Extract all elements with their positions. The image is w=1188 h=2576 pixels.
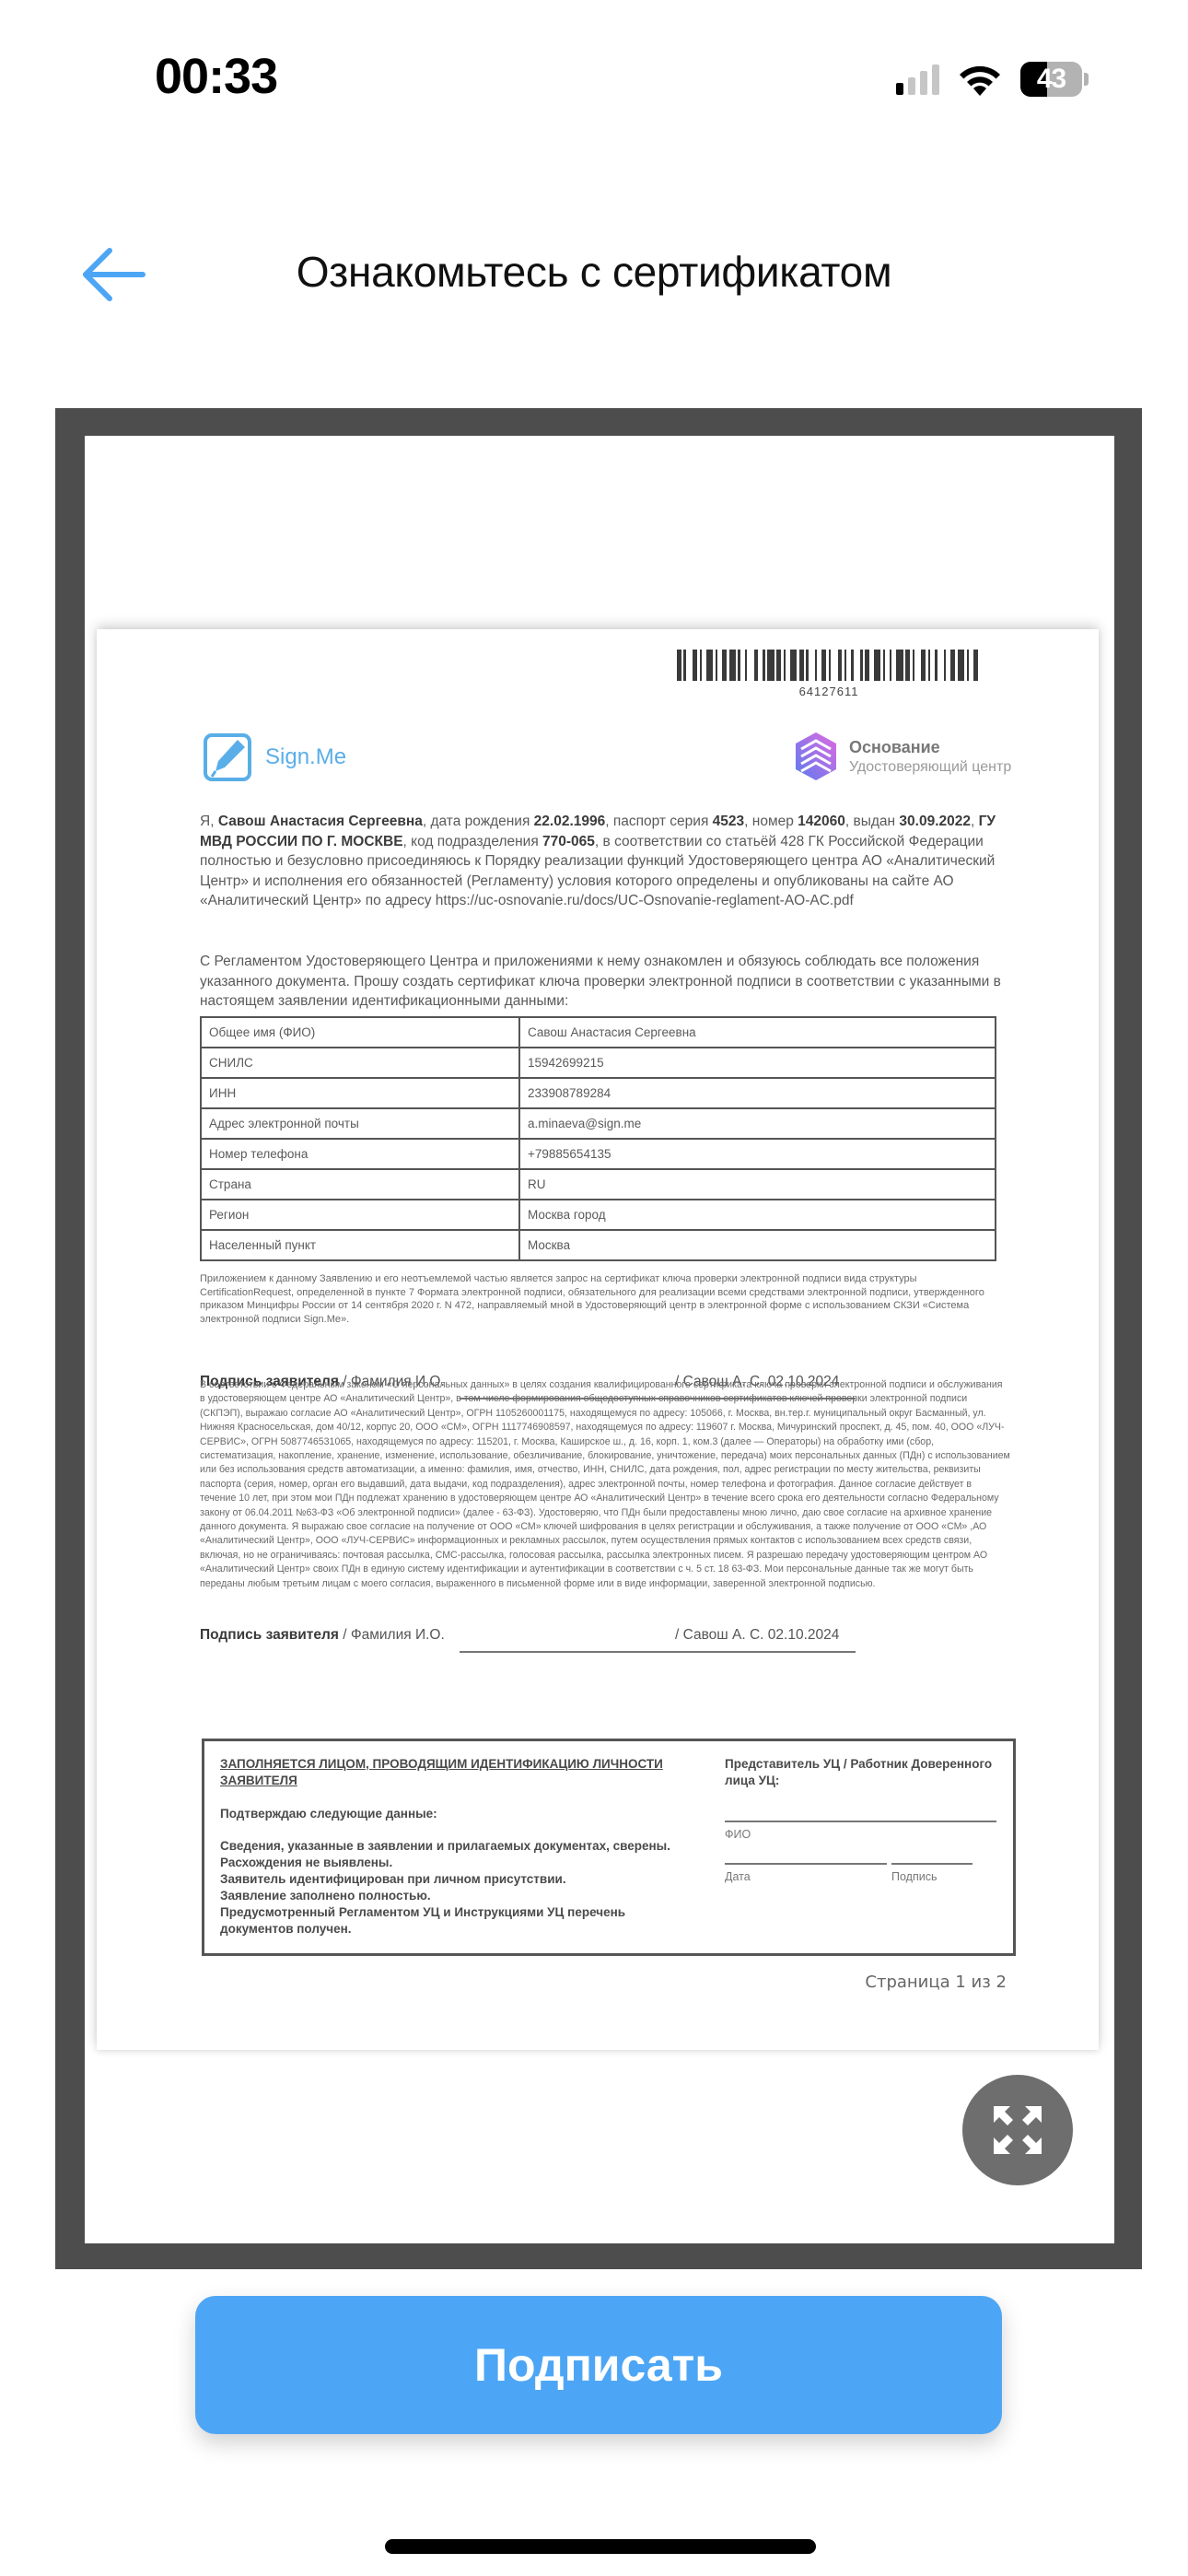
status-time: 00:33 — [155, 48, 277, 105]
document-viewport[interactable]: 64127611 Sign.Me — [85, 436, 1114, 2243]
id-box-item: Предусмотренный Регламентом УЦ и Инструк… — [220, 1904, 699, 1938]
status-icons: 43 — [896, 59, 1089, 100]
table-row: Адрес электронной почтыa.minaeva@sign.me — [201, 1108, 996, 1139]
table-value: a.minaeva@sign.me — [519, 1108, 996, 1139]
id-box-items: Сведения, указанные в заявлении и прилаг… — [220, 1838, 699, 1938]
signme-pen-icon — [203, 732, 252, 782]
barcode — [677, 650, 981, 681]
barcode-number: 64127611 — [677, 685, 981, 698]
battery-level: 43 — [1020, 62, 1082, 97]
fullscreen-button[interactable] — [962, 2075, 1073, 2185]
id-box-confirm: Подтверждаю следующие данные: — [220, 1806, 699, 1822]
table-key: ИНН — [201, 1078, 519, 1108]
date-label: Дата — [725, 1870, 751, 1883]
regulation-paragraph: С Регламентом Удостоверяющего Центра и п… — [200, 952, 1001, 1012]
table-key: Населенный пункт — [201, 1230, 519, 1260]
table-row: Общее имя (ФИО)Савош Анастасия Сергеевна — [201, 1017, 996, 1048]
date-line — [725, 1863, 887, 1865]
identification-box: ЗАПОЛНЯЕТСЯ ЛИЦОМ, ПРОВОДЯЩИМ ИДЕНТИФИКА… — [202, 1739, 1016, 1956]
table-value: Москва — [519, 1230, 996, 1260]
applicant-signature-2: Подпись заявителя / Фамилия И.О. / Савош… — [200, 1627, 1001, 1655]
home-indicator[interactable] — [385, 2539, 816, 2554]
table-value: Савош Анастасия Сергеевна — [519, 1017, 996, 1048]
table-row: ИНН233908789284 — [201, 1078, 996, 1108]
sign-line — [891, 1863, 973, 1865]
id-box-item: Заявление заполнено полностью. — [220, 1888, 699, 1904]
id-box-item: Расхождения не выявлены. — [220, 1855, 699, 1871]
signme-logo-text: Sign.Me — [265, 744, 346, 770]
department-code: 770-065 — [542, 834, 595, 849]
birth-date: 22.02.1996 — [534, 814, 606, 829]
expand-arrows-icon — [990, 2102, 1045, 2158]
table-key: Страна — [201, 1169, 519, 1200]
issue-date: 30.09.2022 — [899, 814, 971, 829]
osnovanie-hex-icon — [792, 731, 840, 782]
passport-series: 4523 — [713, 814, 744, 829]
battery-icon: 43 — [1020, 62, 1089, 97]
applicant-name: Савош Анастасия Сергеевна — [218, 814, 423, 829]
table-value: RU — [519, 1169, 996, 1200]
table-row: РегионМосква город — [201, 1200, 996, 1230]
table-key: Адрес электронной почты — [201, 1108, 519, 1139]
signature-label: Подпись заявителя — [200, 1627, 339, 1643]
signature-line — [460, 1651, 856, 1653]
id-box-item: Заявитель идентифицирован при личном при… — [220, 1871, 699, 1888]
table-value: +79885654135 — [519, 1139, 996, 1169]
table-value: Москва город — [519, 1200, 996, 1230]
id-box-item: Сведения, указанные в заявлении и прилаг… — [220, 1838, 699, 1855]
document-viewer[interactable]: 64127611 Sign.Me — [55, 408, 1142, 2269]
table-value: 15942699215 — [519, 1048, 996, 1078]
id-box-heading: ЗАПОЛНЯЕТСЯ ЛИЦОМ, ПРОВОДЯЩИМ ИДЕНТИФИКА… — [220, 1756, 699, 1789]
table-key: Номер телефона — [201, 1139, 519, 1169]
signme-logo: Sign.Me — [203, 732, 346, 782]
attachment-note: Приложением к данному Заявлению и его не… — [200, 1272, 1001, 1326]
fio-label: ФИО — [725, 1828, 751, 1841]
page-title: Ознакомьтесь с сертификатом — [0, 247, 1188, 297]
osnovanie-title: Основание — [849, 738, 1011, 757]
page-indicator: Страница 1 из 2 — [865, 1973, 1007, 1992]
fio-line — [725, 1821, 996, 1822]
passport-number: 142060 — [798, 814, 845, 829]
wifi-icon — [956, 61, 1004, 98]
table-row: СтранаRU — [201, 1169, 996, 1200]
personal-data-consent: В соответствии с Федеральным законом «О … — [200, 1378, 1010, 1591]
table-key: СНИЛС — [201, 1048, 519, 1078]
table-key: Регион — [201, 1200, 519, 1230]
table-key: Общее имя (ФИО) — [201, 1017, 519, 1048]
applicant-statement: Я, Савош Анастасия Сергеевна, дата рожде… — [200, 812, 1001, 911]
cellular-signal-icon — [896, 64, 939, 95]
signature-value: / Савош А. С. 02.10.2024 — [675, 1627, 839, 1644]
table-value: 233908789284 — [519, 1078, 996, 1108]
sign-label: Подпись — [891, 1870, 937, 1883]
sign-button[interactable]: Подписать — [195, 2296, 1002, 2434]
osnovanie-logo: Основание Удостоверяющий центр — [792, 731, 1011, 782]
document-page: 64127611 Sign.Me — [97, 629, 1099, 2050]
id-box-representative: Представитель УЦ / Работник Доверенного … — [725, 1756, 1001, 1789]
table-row: СНИЛС15942699215 — [201, 1048, 996, 1078]
table-row: Номер телефона+79885654135 — [201, 1139, 996, 1169]
osnovanie-subtitle: Удостоверяющий центр — [849, 759, 1011, 776]
table-row: Населенный пунктМосква — [201, 1230, 996, 1260]
identification-table: Общее имя (ФИО)Савош Анастасия Сергеевна… — [200, 1016, 996, 1261]
